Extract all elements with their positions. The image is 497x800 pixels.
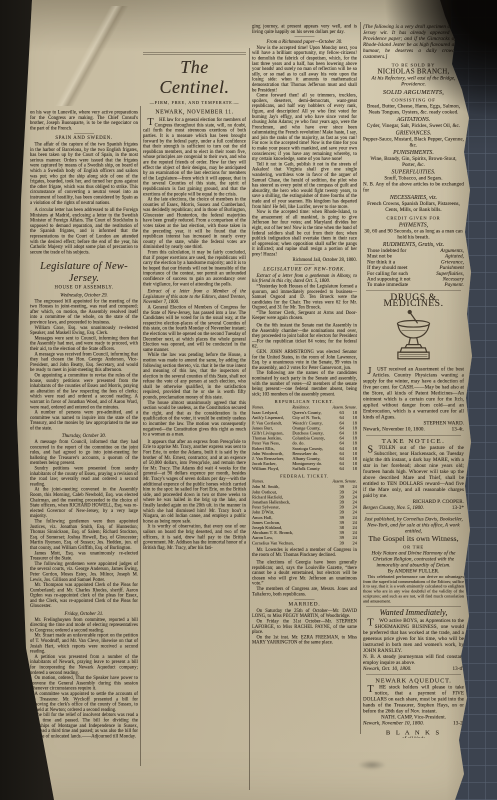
rule [295, 599, 315, 600]
paragraph: The elections of Georgia have been gener… [252, 560, 357, 586]
heading: REPUBLICAN TICKET. [252, 399, 357, 404]
heading: SOLID ARGUMENTS, [363, 89, 464, 95]
heading: Legislature of New-Jersey. [30, 260, 138, 284]
paragraph: While the law was pending before the Hou… [143, 353, 246, 401]
heading: Wednesday, October 29. [30, 293, 138, 298]
heading: HOUSE OF ASSEMBLY. [30, 285, 138, 290]
heading: AGITATIONS. [363, 117, 464, 123]
paragraph: This celebrated performance can derive n… [363, 574, 464, 603]
paragraph: At the late elections, the choice of mem… [143, 197, 246, 250]
dateline-row: Newark, November 10, 1800.13-2. [363, 720, 464, 726]
paragraph: At his Refectory, well east of the Bridg… [363, 76, 464, 88]
column-1: on his way to Luneville, where very acti… [30, 110, 138, 766]
paragraph: On Saturday the 25th of October—Mr. DAVI… [252, 608, 357, 619]
paragraph: Just published, by Cornelius Davis, Book… [363, 516, 464, 534]
paragraph: [The following is a very droll specimen … [363, 24, 464, 60]
paragraph: “The former Clerk, Sergeant at Arms and … [252, 310, 357, 321]
mortar-pestle-woodcut [363, 308, 464, 365]
paragraph: It appears that after an express from Pr… [143, 439, 246, 524]
rule [366, 290, 461, 291]
rudiments-list: Those indebted forArguments,Must not beA… [363, 248, 464, 288]
newspaper-page: on his way to Luneville, where very acti… [6, 0, 476, 800]
paragraph: N. B. Any of the above articles to be ex… [363, 182, 464, 194]
masthead-motto: —FIRM, FREE, AND TEMPERATE.— [143, 100, 246, 105]
heading: From a Richmond paper—October 30. [252, 40, 357, 45]
ticket-table: Names.Assem.Senate.John M. Smith,3924Joh… [252, 479, 357, 545]
paragraph: It is worthy of observation, that every … [143, 524, 246, 550]
paragraph: Wine, Brandy, Gin, Spirits, Brown-Stout,… [363, 156, 464, 168]
paragraph: GEN. JOHN ARMSTRONG was elected Senator … [252, 350, 357, 371]
paragraph: From this calculation, it may be fairly … [143, 250, 246, 287]
paragraph: At the joint-meeting convened in the Ass… [30, 487, 138, 519]
paragraph: French Crowns, Spanish Dollars, Pistaree… [363, 201, 464, 213]
heading: SUPERFLUITIES. [363, 169, 464, 175]
heading: NICHOLAS BRANCH, [363, 69, 464, 75]
heading: PAYMENTS, [363, 222, 464, 228]
heading: DRUGS & MEDICINES. [363, 294, 464, 306]
paragraph: James Mott, Esq. was unanimously re-elec… [30, 551, 138, 562]
column-3-text: ging journey, at present appears very we… [252, 24, 357, 645]
paragraph: A message was received from Council, inf… [30, 352, 138, 373]
dateline-row: Newark, Oct. 10, 1800.13-tf. [363, 666, 464, 672]
heading: LEGISLATURE OF NEW-YORK. [252, 267, 357, 272]
paragraph: Extract of a letter from a Member of the… [143, 289, 246, 305]
heading: NEWARK AQUEDUCT. [363, 677, 464, 683]
paragraph: The members of Congress are, Messrs. Jon… [252, 587, 357, 598]
dateline-row: Newark, November 10, 1800.13-4t. [363, 426, 464, 432]
paragraph: Mr. Frelinghuysen from committee, report… [30, 617, 138, 633]
paragraph: Bread, Butter, Cheese, Hams, Eggs, Salmo… [363, 104, 464, 116]
paragraph: JUST received an Assortment of the best … [363, 366, 464, 420]
rule [366, 435, 461, 436]
paragraph: N. B. A steady journeyman will find cons… [363, 654, 464, 666]
heading: NECESSARIES, viz. [363, 195, 464, 201]
heading: MARRIED. [252, 602, 357, 607]
heading: GRIEVANCES. [363, 130, 464, 136]
dateline-row: Bergen County, Nov. 5, 1800.13-3* [363, 505, 464, 511]
paragraph: Extract of a letter from a gentleman in … [252, 273, 357, 284]
column-3: ging journey, at present appears very we… [252, 24, 357, 764]
paragraph: Mr. Lowndes is elected a member of Congr… [252, 547, 357, 558]
column-4: [The following is a very droll specimen … [363, 24, 464, 738]
paragraph: On Friday the 31st October—Mr. STEPHEN L… [252, 619, 357, 635]
paragraph: On the 6th instant the Senate met the As… [252, 323, 357, 349]
paragraph: Come forward then! all ye trimmers, truc… [252, 93, 357, 162]
masthead-title: The Centinel. [143, 57, 246, 97]
paragraph: A number of persons were pre-admitted, a… [30, 410, 138, 431]
paragraph: of all kinds [363, 736, 464, 738]
paragraph: The engrossed bill appointed for the mee… [30, 299, 138, 325]
paragraph: on his way to Luneville, where very acti… [30, 110, 138, 131]
paragraph: Cyder, Vinegar, Salt, Pickles, Sweet Oil… [363, 123, 464, 129]
paragraph: 30, 60 and 90 Seconds, or as long as a m… [363, 229, 464, 241]
newspaper-photo: on his way to Luneville, where very acti… [0, 0, 497, 800]
ink-smudge [358, 760, 386, 770]
column-2-text: The Centinel. —FIRM, FREE, AND TEMPERATE… [143, 52, 246, 551]
paragraph: The house almost unanimously agreed that… [143, 400, 246, 437]
paragraph: Now is the accepted time! Upon Monday ne… [252, 45, 357, 93]
paragraph: William Coxe, Esq. was unanimously re-el… [30, 325, 138, 336]
dateline-row: Richmond Jail, October 28, 1800. [252, 257, 357, 262]
heading: TAKE NOTICE. [363, 438, 464, 444]
paragraph: TWO active BOYS, as Apprentices to the S… [363, 618, 464, 654]
heading: FEDERAL TICKET. [252, 473, 357, 478]
ticket-table: Names.Residence.Assem.Senate.Isaac Ledya… [252, 405, 357, 471]
heading: The Gospel its own Witness, [363, 536, 464, 542]
heading: PUNISHMENTS. [363, 150, 464, 156]
column-1-text: on his way to Luneville, where very acti… [30, 110, 138, 739]
rule [366, 674, 461, 675]
paragraph: Sundry petitions were presented from sun… [30, 466, 138, 487]
paragraph: On appointing a committee to revise the … [30, 373, 138, 410]
heading: Wanted Immediately, [363, 610, 464, 616]
paragraph: The bill for the relief of insolvent deb… [30, 713, 138, 739]
paragraph: A committee was appointed to settle the … [30, 691, 138, 712]
heading: CONSISTING OF [363, 97, 464, 103]
rule [366, 513, 461, 514]
masthead-dateline: NEWARK, NOVEMBER 11. [143, 109, 246, 114]
column-2: The Centinel. —FIRM, FREE, AND TEMPERATE… [143, 50, 246, 798]
column-rule-1 [140, 106, 141, 766]
heading: OR THE [363, 544, 464, 550]
column-rule-3 [360, 22, 361, 734]
heading: CREDIT GIVEN FOR [363, 215, 464, 221]
paragraph: A General Election of Members of Congres… [143, 305, 246, 353]
paragraph: On motion, ordered, That the Speaker hav… [30, 676, 138, 692]
paragraph: ging journey, at present appears very we… [252, 24, 357, 35]
paragraph: Holy Nature and Divine Harmony of the Ch… [363, 550, 464, 568]
paragraph: On the 1st inst. Mr. EZRA FREEMAN, to Mi… [252, 635, 357, 646]
paragraph: Pepper-Sauce, Mustard, Black Pepper, Cay… [363, 137, 464, 149]
rule [295, 265, 315, 266]
paragraph: A petition was presented from a number o… [30, 654, 138, 675]
paragraph: The following gentlemen were appointed j… [30, 561, 138, 582]
rule [295, 37, 315, 38]
paragraph: A circular letter has been addressed to … [30, 208, 138, 256]
heading: RUDIMENTS, Gratis, viz. [363, 242, 464, 248]
paragraph: THE stock holders will please to take no… [363, 684, 464, 714]
paragraph: Now is the accepted time: when Rhode-Isl… [252, 210, 357, 258]
paragraph: THE law for a general election for membe… [143, 118, 246, 197]
heading: B L A N K S [363, 729, 464, 735]
paragraph: The following gentlemen were then appoin… [30, 519, 138, 551]
heading: Thursday, October 30. [30, 434, 138, 439]
paragraph: The following are the names of the candi… [252, 371, 357, 397]
paragraph: Mr. Thompson was appointed Clerk of the … [30, 583, 138, 609]
column-2-body: THE law for a general election for membe… [143, 118, 246, 551]
heading: Friday, October 31. [30, 612, 138, 617]
rule [366, 606, 461, 607]
paragraph: Mr. Stuart made an unfavorable report on… [30, 633, 138, 654]
masthead-rule [143, 52, 246, 55]
paragraph: STOLEN out of the pasture of the Subscri… [363, 445, 464, 499]
paragraph: Messages were sent to Council, informing… [30, 336, 138, 352]
paragraph: “Yesterday both Houses of the Legislatur… [252, 284, 357, 310]
heading: SPAIN AND SWEDEN. [30, 136, 138, 141]
paragraph: The affair of the capture of the two Spa… [30, 142, 138, 206]
column-rule-2 [249, 48, 250, 790]
column-4-text: [The following is a very droll specimen … [363, 24, 464, 738]
rule [74, 133, 94, 134]
paragraph: Tell it not in Gath, publish it not in t… [252, 162, 357, 210]
paragraph: A message from Council, informed that th… [30, 440, 138, 466]
